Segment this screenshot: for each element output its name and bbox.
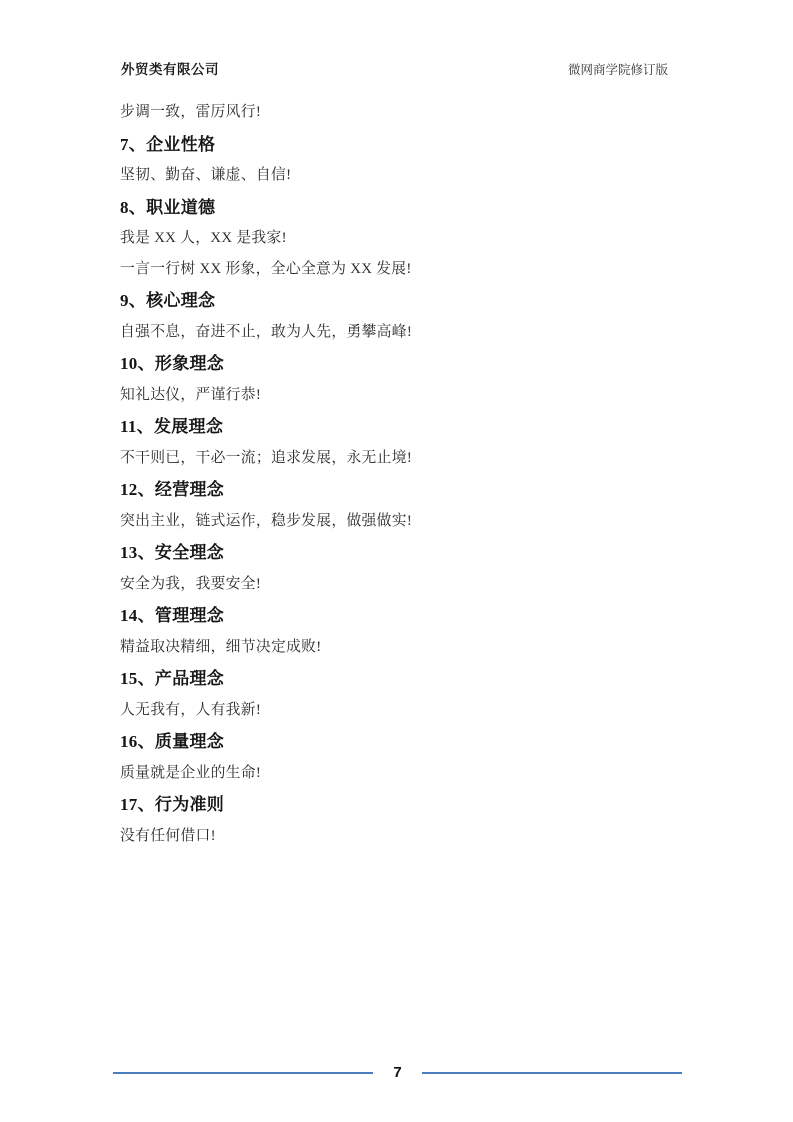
body-paragraph: 人无我有，人有我新! xyxy=(120,702,698,719)
section-heading: 13、安全理念 xyxy=(120,543,698,562)
footer-rule-left xyxy=(113,1072,373,1074)
body-paragraph: 突出主业，链式运作，稳步发展，做强做实! xyxy=(120,513,698,530)
section-heading: 15、产品理念 xyxy=(120,669,698,688)
section-heading: 9、核心理念 xyxy=(120,291,698,310)
header-edition-label: 微网商学院修订版 xyxy=(568,60,668,78)
header-company-name: 外贸类有限公司 xyxy=(121,58,219,78)
body-paragraph: 质量就是企业的生命! xyxy=(120,765,698,782)
section-heading: 7、企业性格 xyxy=(120,135,698,154)
body-paragraph: 我是 XX 人，XX 是我家! xyxy=(120,230,698,247)
page-header: 外贸类有限公司 微网商学院修订版 xyxy=(121,58,668,78)
page-footer: 7 xyxy=(113,1063,682,1083)
section-heading: 16、质量理念 xyxy=(120,732,698,751)
document-body: 步调一致，雷厉风行!7、企业性格坚韧、勤奋、谦虚、自信!8、职业道德我是 XX … xyxy=(120,104,698,858)
body-paragraph: 安全为我，我要安全! xyxy=(120,576,698,593)
section-heading: 17、行为准则 xyxy=(120,795,698,814)
section-heading: 10、形象理念 xyxy=(120,354,698,373)
body-paragraph: 精益取决精细，细节决定成败! xyxy=(120,639,698,656)
body-paragraph: 没有任何借口! xyxy=(120,828,698,845)
section-heading: 14、管理理念 xyxy=(120,606,698,625)
body-paragraph: 一言一行树 XX 形象，全心全意为 XX 发展! xyxy=(120,261,698,278)
section-heading: 12、经营理念 xyxy=(120,480,698,499)
body-paragraph: 自强不息，奋进不止，敢为人先，勇攀高峰! xyxy=(120,324,698,341)
document-page: 外贸类有限公司 微网商学院修订版 步调一致，雷厉风行!7、企业性格坚韧、勤奋、谦… xyxy=(0,0,793,1122)
page-number: 7 xyxy=(373,1063,421,1083)
section-heading: 11、发展理念 xyxy=(120,417,698,436)
body-paragraph: 步调一致，雷厉风行! xyxy=(120,104,698,121)
footer-rule-right xyxy=(422,1072,682,1074)
section-heading: 8、职业道德 xyxy=(120,198,698,217)
body-paragraph: 坚韧、勤奋、谦虚、自信! xyxy=(120,167,698,184)
body-paragraph: 知礼达仪，严谨行恭! xyxy=(120,387,698,404)
body-paragraph: 不干则已，干必一流；追求发展，永无止境! xyxy=(120,450,698,467)
